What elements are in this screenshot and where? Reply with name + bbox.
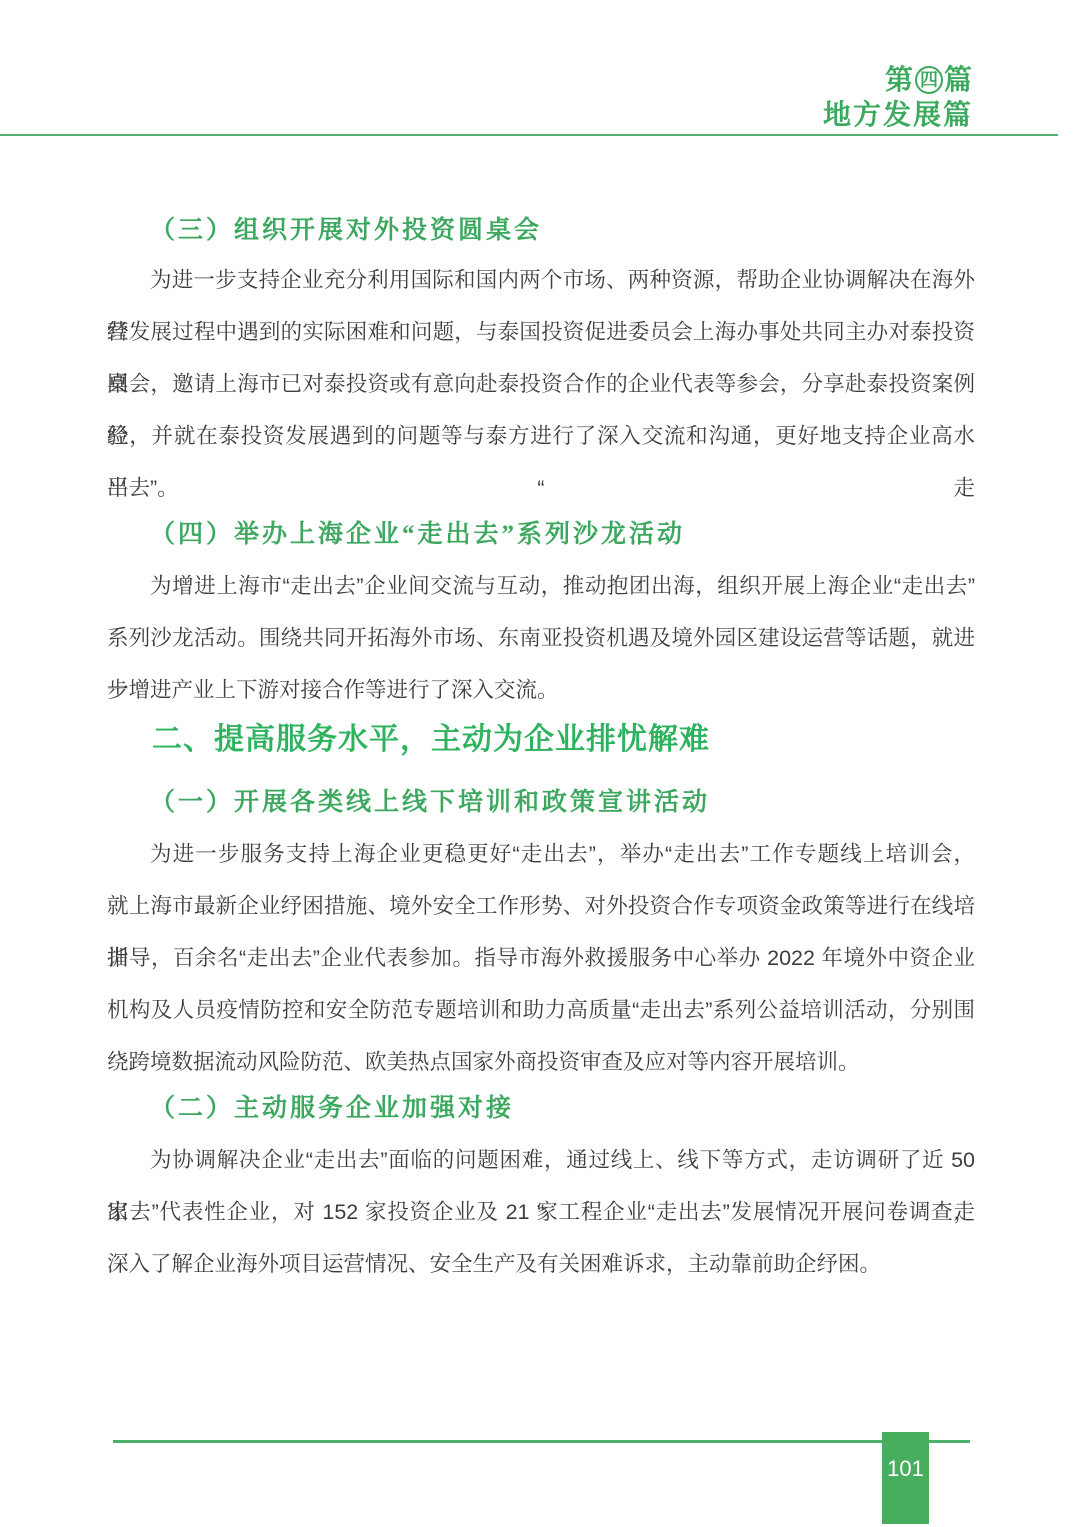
- header-subtitle: 地方发展篇: [823, 98, 973, 132]
- part-suffix: 篇: [944, 64, 973, 95]
- section-heading-3: （三）组织开展对外投资圆桌会: [150, 210, 542, 246]
- footer-divider: [113, 1440, 970, 1443]
- document-page: 第四篇 地方发展篇 （三）组织开展对外投资圆桌会 为进一步支持企业充分利用国际和…: [0, 0, 1080, 1527]
- paragraph-line: 指导，百余名“走出去”企业代表参加。指导市海外救援服务中心举办 2022 年境外…: [107, 932, 975, 984]
- section-heading-4: （四）举办上海企业“走出去”系列沙龙活动: [150, 514, 685, 550]
- part-prefix: 第: [885, 64, 914, 95]
- paragraph-3: 为进一步支持企业充分利用国际和国内两个市场、两种资源，帮助企业协调解决在海外经 …: [107, 254, 975, 514]
- paragraph-4: 为增进上海市“走出去”企业间交流与互动，推动抱团出海，组织开展上海企业“走出去”…: [107, 560, 975, 716]
- paragraph-2: 为协调解决企业“走出去”面临的问题困难，通过线上、线下等方式，走访调研了近 50…: [107, 1134, 975, 1290]
- paragraph-line: 机构及人员疫情防控和安全防范专题培训和助力高质量“走出去”系列公益培训活动，分别…: [107, 984, 975, 1036]
- paragraph-line: 为增进上海市“走出去”企业间交流与互动，推动抱团出海，组织开展上海企业“走出去”: [107, 560, 975, 612]
- paragraph-line: 营发展过程中遇到的实际困难和问题，与泰国投资促进委员会上海办事处共同主办对泰投资…: [107, 306, 975, 358]
- paragraph-line: 步增进产业上下游对接合作等进行了深入交流。: [107, 664, 975, 716]
- paragraph-line: 系列沙龙活动。围绕共同开拓海外市场、东南亚投资机遇及境外园区建设运营等话题，就进…: [107, 612, 975, 664]
- paragraph-line: 为进一步服务支持上海企业更稳更好“走出去”，举办“走出去”工作专题线上培训会，: [107, 828, 975, 880]
- section-heading-2: （二）主动服务企业加强对接: [150, 1088, 514, 1124]
- header-divider: [0, 134, 1058, 136]
- chapter-heading: 二、提高服务水平，主动为企业排忧解难: [152, 714, 710, 758]
- paragraph-line: 深入了解企业海外项目运营情况、安全生产及有关困难诉求，主动靠前助企纾困。: [107, 1238, 975, 1290]
- circled-four-icon: 四: [915, 66, 943, 94]
- header-part-title: 第四篇: [823, 62, 973, 98]
- paragraph-line: 验，并就在泰投资发展遇到的问题等与泰方进行了深入交流和沟通，更好地支持企业高水平…: [107, 410, 975, 462]
- paragraph-line: 就上海市最新企业纾困措施、境外安全工作形势、对外投资合作专项资金政策等进行在线培…: [107, 880, 975, 932]
- section-heading-1: （一）开展各类线上线下培训和政策宣讲活动: [150, 782, 710, 818]
- paragraph-line: 绕跨境数据流动风险防范、欧美热点国家外商投资审查及应对等内容开展培训。: [107, 1036, 975, 1088]
- paragraph-line: 为进一步支持企业充分利用国际和国内两个市场、两种资源，帮助企业协调解决在海外经: [107, 254, 975, 306]
- paragraph-line: 为协调解决企业“走出去”面临的问题困难，通过线上、线下等方式，走访调研了近 50…: [107, 1134, 975, 1186]
- paragraph-line: 出去”代表性企业，对 152 家投资企业及 21 家工程企业“走出去”发展情况开…: [107, 1186, 975, 1238]
- page-number-badge: 101: [882, 1432, 929, 1524]
- page-header: 第四篇 地方发展篇: [823, 62, 973, 132]
- paragraph-line: 桌会，邀请上海市已对泰投资或有意向赴泰投资合作的企业代表等参会，分享赴泰投资案例…: [107, 358, 975, 410]
- paragraph-1: 为进一步服务支持上海企业更稳更好“走出去”，举办“走出去”工作专题线上培训会， …: [107, 828, 975, 1088]
- page-number: 101: [887, 1456, 924, 1481]
